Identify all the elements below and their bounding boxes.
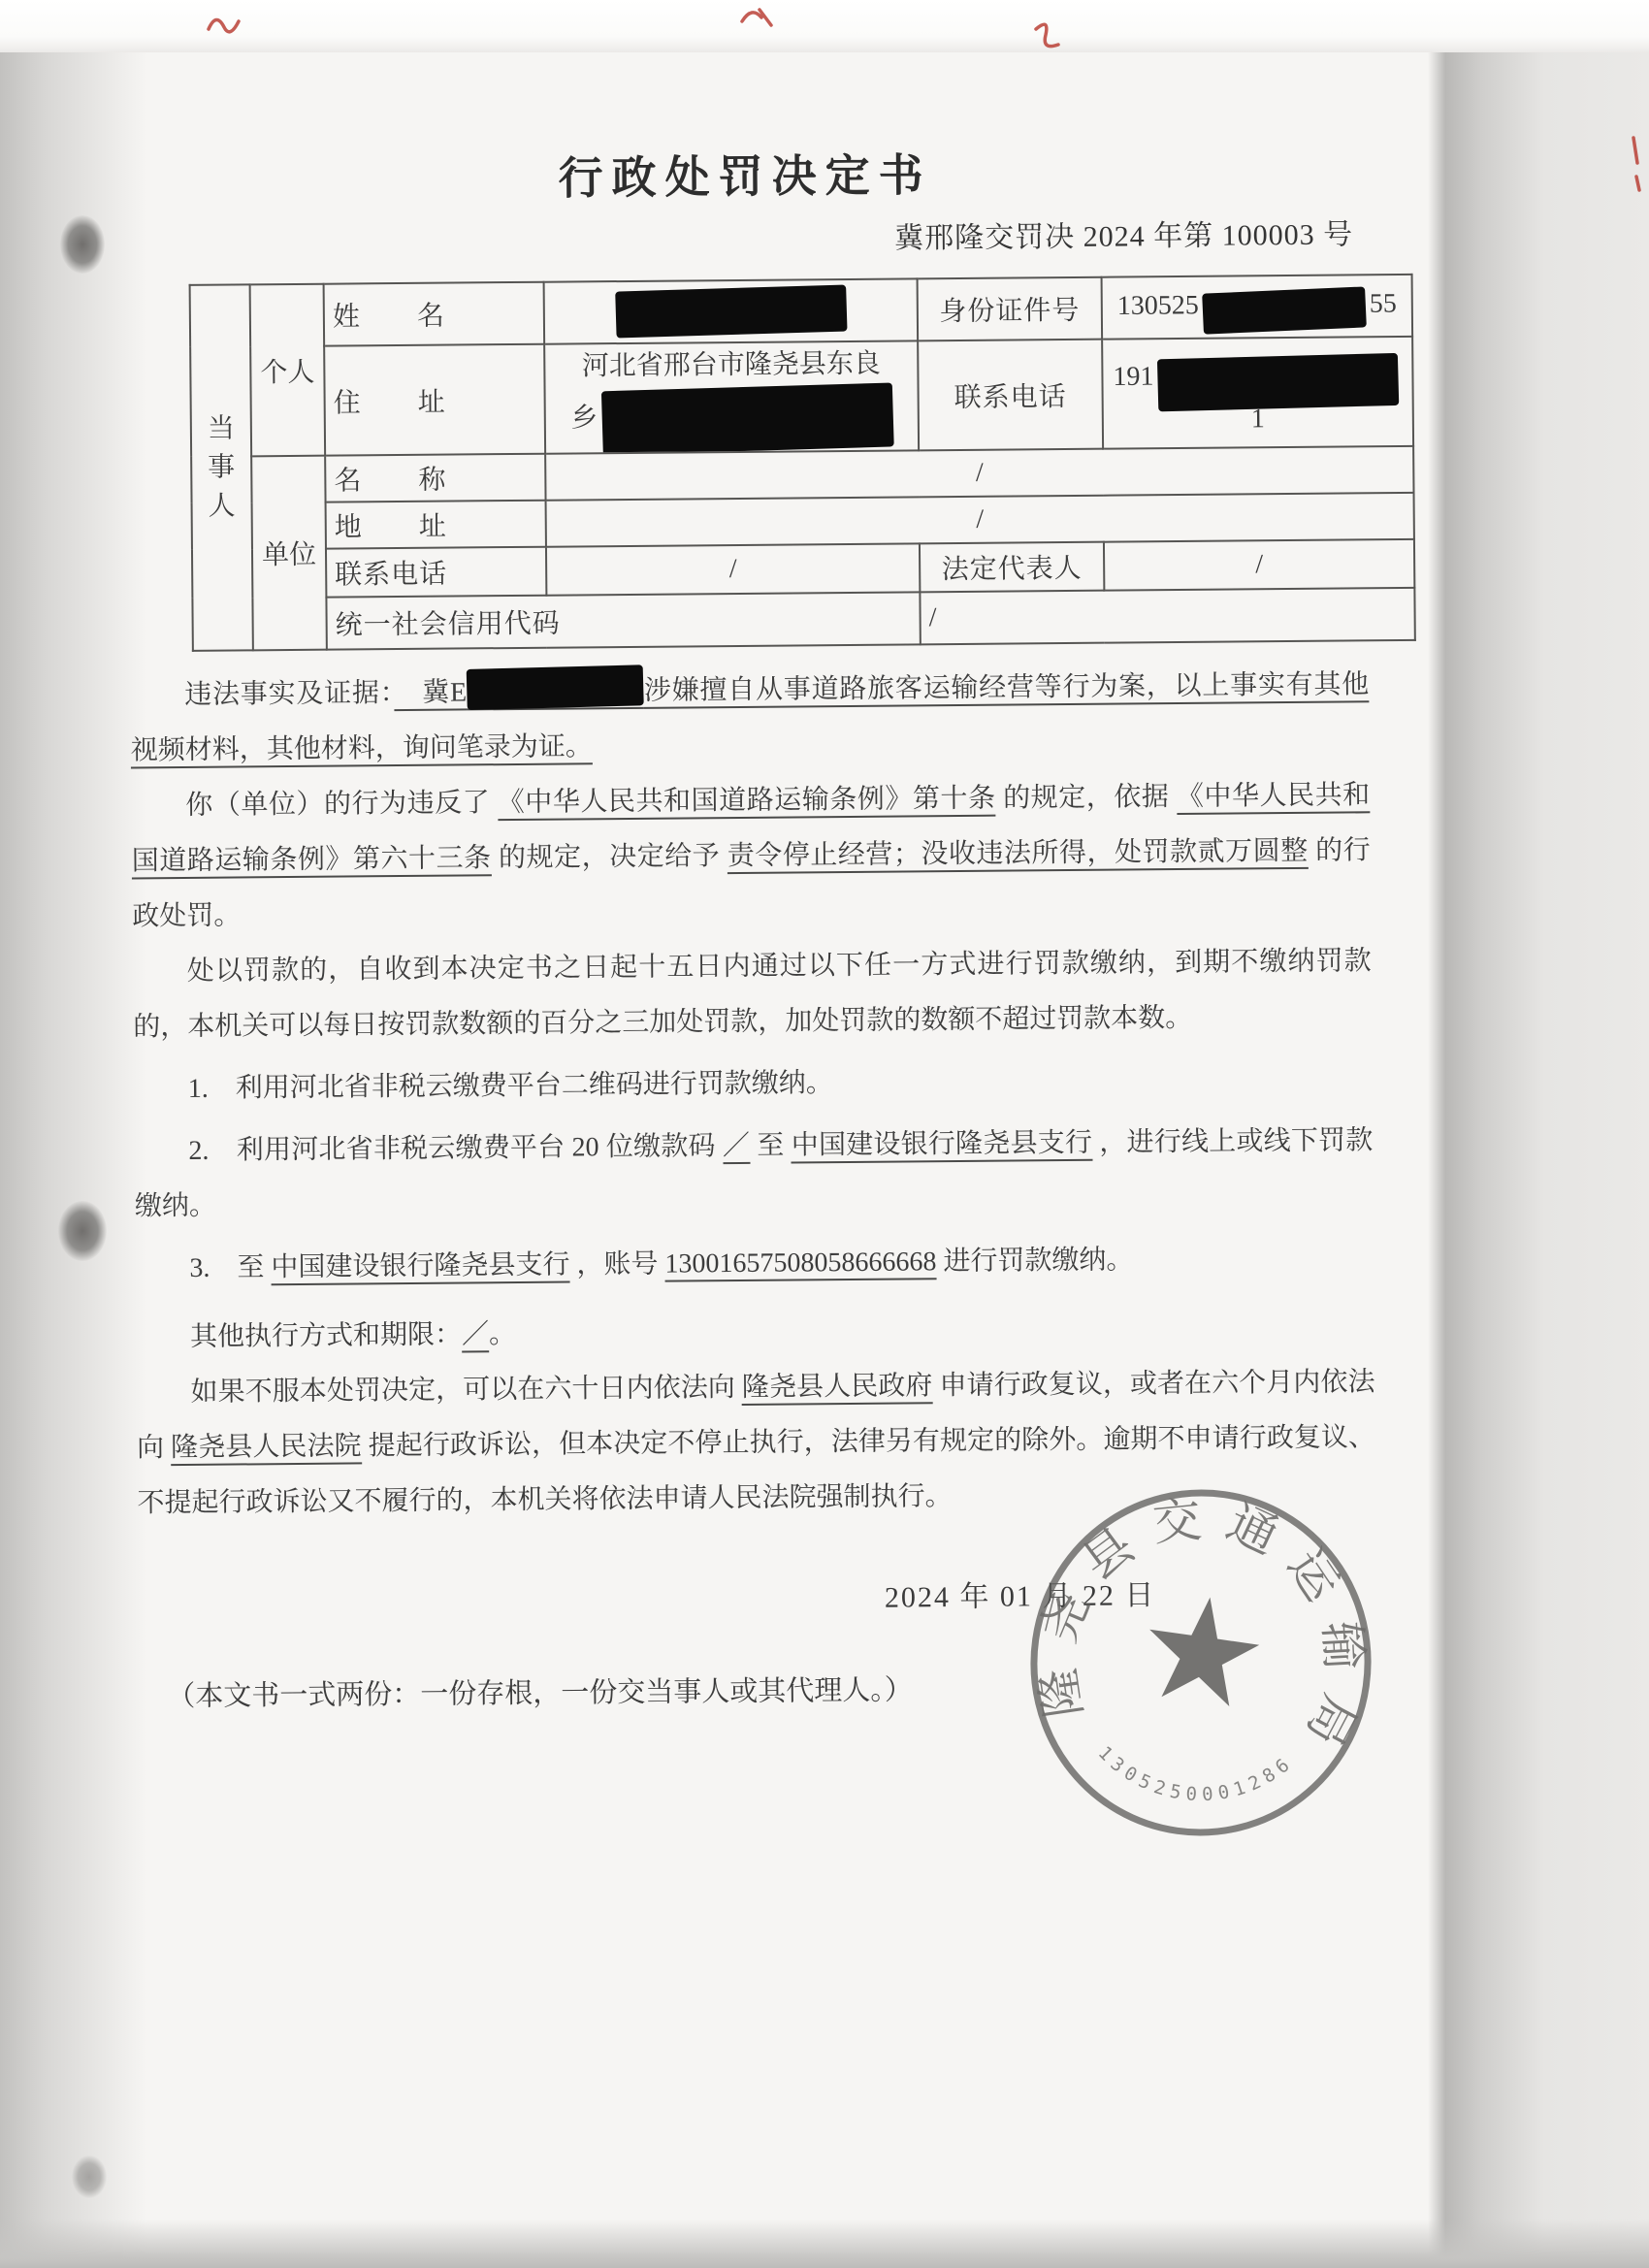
legal-rep-label-cell: 法定代表人	[920, 542, 1104, 593]
scan-right-edge-shadow	[1428, 39, 1649, 2268]
party-label-cell: 当事人	[190, 284, 253, 651]
official-seal-stamp: 隆尧县交通运输局 1305250001286	[1015, 1476, 1387, 1849]
credit-code-value-cell: /	[920, 588, 1414, 644]
redaction-box	[467, 664, 644, 710]
address-label-cell: 住 址	[324, 344, 545, 456]
redaction-box	[600, 382, 893, 453]
paragraph-legal-basis: 你（单位）的行为违反了 《中华人民共和国道路运输条例》第十条 的规定，依据 《中…	[131, 767, 1371, 944]
redaction-box	[1202, 286, 1367, 334]
id-prefix: 130525	[1117, 290, 1199, 321]
redaction-box	[615, 285, 847, 339]
phone-value-cell: 1911	[1102, 337, 1413, 449]
id-value-cell: 13052555	[1102, 275, 1413, 340]
binder-hole	[58, 1201, 107, 1261]
document-body: 违法事实及证据： 冀E涉嫌擅自从事道路旅客运输经营等行为案，以上事实有其他视频材…	[130, 657, 1376, 1531]
stamp-star	[1141, 1590, 1265, 1709]
org-address-value-cell: /	[546, 493, 1414, 547]
document-number: 冀邢隆交罚决 2024 年第 100003 号	[126, 210, 1365, 263]
legal-rep-value-cell: /	[1104, 539, 1414, 591]
credit-code-label-cell: 统一社会信用代码	[326, 592, 920, 649]
scan-bottom-edge-shadow	[0, 2219, 1649, 2268]
document-content: 行政处罚决定书 冀邢隆交罚决 2024 年第 100003 号 当事人 个人 姓…	[125, 47, 1378, 1714]
party-info-table: 当事人 个人 姓 名 身份证件号 13052555 住 址 河北省邢台市隆尧县东…	[189, 274, 1416, 652]
phone-label-cell: 联系电话	[918, 340, 1103, 451]
binder-hole	[72, 2155, 107, 2198]
paragraph-payment-method-2: 2. 利用河北省非税云缴费平台 20 位缴款码 ／ 至 中国建设银行隆尧县支行 …	[134, 1113, 1374, 1234]
redaction-box	[1157, 352, 1399, 410]
org-address-label-cell: 地 址	[326, 501, 546, 549]
paragraph-violation-facts: 违法事实及证据： 冀E涉嫌擅自从事道路旅客运输经营等行为案，以上事实有其他视频材…	[130, 657, 1370, 778]
stamp-code-text: 1305250001286	[1089, 1725, 1300, 1820]
org-phone-value-cell: /	[546, 543, 920, 595]
paragraph-payment-method-3: 3. 至 中国建设银行隆尧县支行 ，账号 1300165750805866666…	[135, 1230, 1374, 1296]
individual-group-cell: 个人	[250, 284, 326, 457]
paragraph-payment-deadline: 处以罚款的，自收到本决定书之日起十五日内通过以下任一方式进行罚款缴纳，到期不缴纳…	[133, 933, 1373, 1054]
paragraph-payment-method-1: 1. 利用河北省非税云缴费平台二维码进行罚款缴纳。	[134, 1051, 1373, 1117]
name-label-cell: 姓 名	[324, 282, 545, 346]
document-title: 行政处罚决定书	[125, 136, 1365, 211]
org-name-value-cell: /	[545, 446, 1413, 501]
scanned-document-page: 行政处罚决定书 冀邢隆交罚决 2024 年第 100003 号 当事人 个人 姓…	[0, 0, 1649, 2268]
id-suffix: 55	[1370, 288, 1397, 318]
phone-prefix: 191	[1113, 361, 1153, 391]
address-line2-prefix: 乡	[570, 404, 598, 434]
organization-group-cell: 单位	[251, 456, 327, 651]
address-value-cell: 河北省邢台市隆尧县东良 乡	[544, 340, 919, 453]
id-label-cell: 身份证件号	[918, 277, 1103, 341]
org-name-label-cell: 名 称	[325, 454, 545, 502]
scan-top-edge	[0, 0, 1649, 52]
binder-hole	[60, 215, 105, 274]
org-phone-label-cell: 联系电话	[326, 547, 546, 598]
name-value-cell	[544, 278, 919, 343]
address-line1: 河北省邢台市隆尧县东良	[582, 349, 881, 382]
